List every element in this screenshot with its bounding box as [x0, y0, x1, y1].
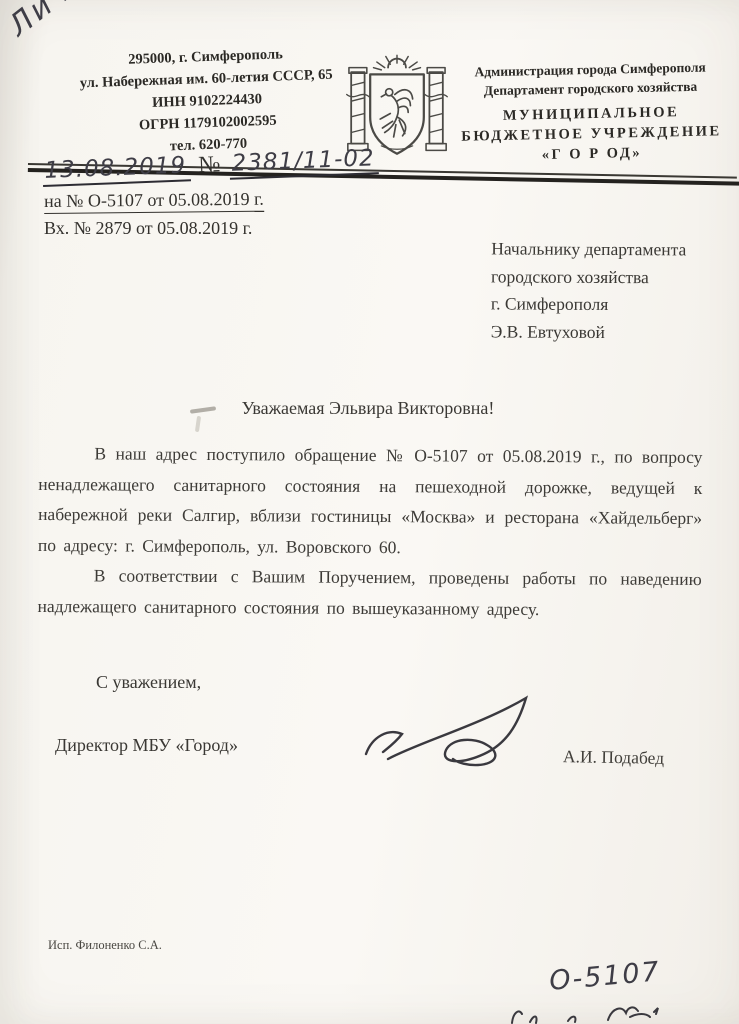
- handwritten-number: 2381/11-02: [229, 145, 379, 180]
- signer-position: Директор МБУ «Город»: [55, 735, 238, 756]
- column-icon-right: [425, 68, 447, 151]
- recipient-line: Начальнику департамента: [491, 235, 721, 264]
- handwritten-date: 13.08.2019: [42, 152, 191, 187]
- body-paragraph-2: В соответствии с Вашим Поручением, прове…: [37, 560, 701, 625]
- body-paragraph-1: В наш адрес поступило обращение № О-5107…: [38, 438, 703, 564]
- incoming-reference: Вх. № 2879 от 05.08.2019 г.: [44, 218, 252, 239]
- recipient-block: Начальнику департамента городского хозяй…: [491, 235, 722, 346]
- sun-icon: [374, 55, 421, 70]
- reply-to-reference: на № О-5107 от 05.08.2019 г.: [44, 189, 264, 214]
- griffin-icon: [380, 89, 412, 137]
- organization-block: Администрация города Симферополя Департа…: [447, 57, 735, 167]
- recipient-line: городского хозяйства: [491, 263, 721, 292]
- executor-note: Исп. Филоненко С.А.: [48, 938, 162, 953]
- signer-name: А.И. Подабед: [563, 746, 664, 769]
- letter-body: В наш адрес поступило обращение № О-5107…: [37, 438, 702, 625]
- partial-handwriting-cutoff: [504, 1002, 714, 1024]
- scanned-letter-page: Лично. 295000, г. Симферополь ул. Набере…: [0, 0, 739, 1024]
- closing-phrase: С уважением,: [96, 672, 201, 693]
- column-icon-left: [347, 68, 369, 151]
- sender-address-block: 295000, г. Симферополь ул. Набережная им…: [50, 41, 364, 162]
- recipient-line: г. Симферополя: [491, 290, 721, 319]
- handwritten-corner-note: Лично.: [2, 0, 122, 44]
- salutation: Уважаемая Эльвира Викторовна!: [38, 398, 698, 419]
- signature-icon: [358, 692, 558, 780]
- partial-handwriting-icon: [504, 1002, 714, 1024]
- recipient-line: Э.В. Евтуховой: [491, 318, 721, 347]
- handwritten-case-number: О-5107: [548, 956, 662, 997]
- handwritten-signature: [358, 692, 558, 780]
- number-sign: №: [198, 151, 222, 177]
